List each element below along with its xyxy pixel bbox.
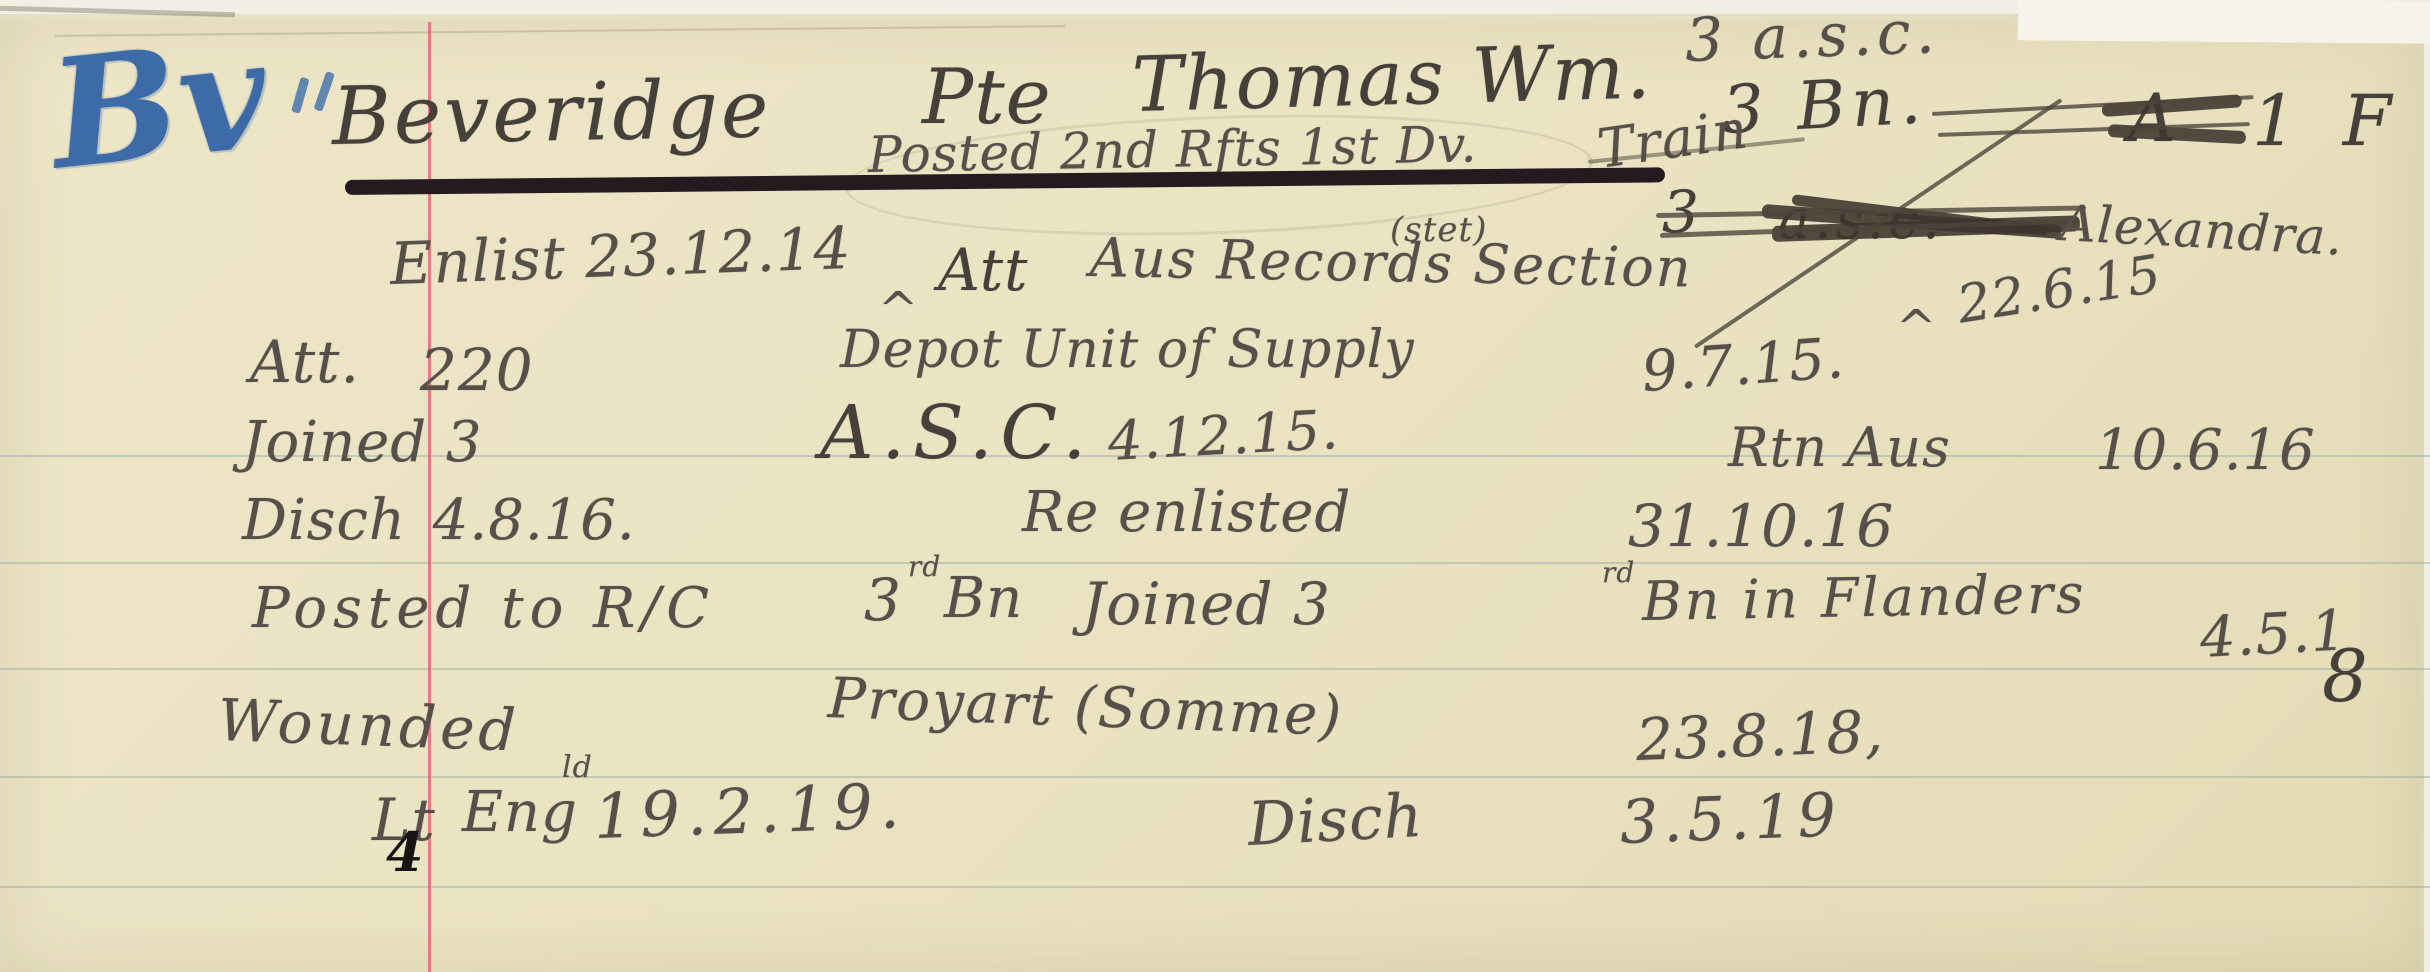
posted2-text: Posted to R/C bbox=[252, 576, 715, 641]
unit-bn-text: 3 Bn. bbox=[1720, 61, 1929, 149]
posted2-bn-num-text: 3 bbox=[864, 566, 902, 634]
joined1-unit-text: A.S.C. bbox=[820, 390, 1094, 476]
wounded-text: Wounded bbox=[217, 686, 521, 764]
ruled-line bbox=[0, 668, 2430, 670]
left-date-text: 19.2.19. bbox=[593, 769, 908, 853]
joined1-text: Joined 3 bbox=[242, 410, 483, 475]
blue-index-mark: Bv bbox=[43, 6, 276, 204]
joined2-sup-text: rd bbox=[1602, 556, 1635, 589]
attached2-number-text: 220 bbox=[420, 336, 534, 404]
scan-background-top-right bbox=[2018, 0, 2430, 44]
joined1-date-text: 4.12.15. bbox=[1106, 398, 1340, 473]
given-names-text: Thomas Wm. bbox=[1131, 26, 1653, 129]
ink-numeral-mark: 4 bbox=[386, 820, 425, 884]
discharged2-date-text: 3.5.19 bbox=[1619, 780, 1842, 858]
joined2-rest-text: Bn in Flanders bbox=[1641, 562, 2087, 633]
wounded-date-text: 23.8.18, bbox=[1635, 697, 1885, 774]
reenlisted-text: Re enlisted bbox=[1022, 480, 1351, 545]
discharged1-text: Disch 4.8.16. bbox=[242, 488, 636, 553]
discharged2-text: Disch bbox=[1246, 781, 1425, 860]
force-text: 1 F bbox=[2252, 80, 2403, 162]
left-eng-sup-text: ld bbox=[562, 750, 593, 785]
attached2-word-text: Att. bbox=[250, 328, 360, 396]
surname-text: Beveridge bbox=[331, 62, 772, 163]
attached2-unit-text: Depot Unit of Supply bbox=[840, 320, 1415, 380]
joined2-date-eight-text: 8 bbox=[2322, 634, 2369, 718]
posted2-bn-text: Bn bbox=[944, 566, 1023, 631]
returned-text: Rtn Aus bbox=[1728, 416, 1951, 479]
caret-mark: ^ bbox=[1896, 300, 1937, 356]
struck-letter-text: A bbox=[2128, 80, 2177, 157]
records-unit-text: Aus Records Section bbox=[1089, 226, 1693, 300]
left-eng-text: Eng bbox=[462, 780, 578, 845]
posted2-bn-sup-text: rd bbox=[908, 550, 941, 583]
reenlisted-date-text: 31.10.16 bbox=[1628, 492, 1894, 560]
returned-date-text: 10.6.16 bbox=[2095, 418, 2316, 483]
ruled-line bbox=[0, 776, 2430, 778]
joined2-text: Joined 3 bbox=[1082, 570, 1331, 638]
attached-word-text: Att bbox=[938, 236, 1028, 304]
ruled-line bbox=[0, 886, 2430, 888]
scanned-record-card: Bv 3 a.s.c. 3 Bn. A 1 F Beveridge Pte Th… bbox=[0, 0, 2430, 972]
